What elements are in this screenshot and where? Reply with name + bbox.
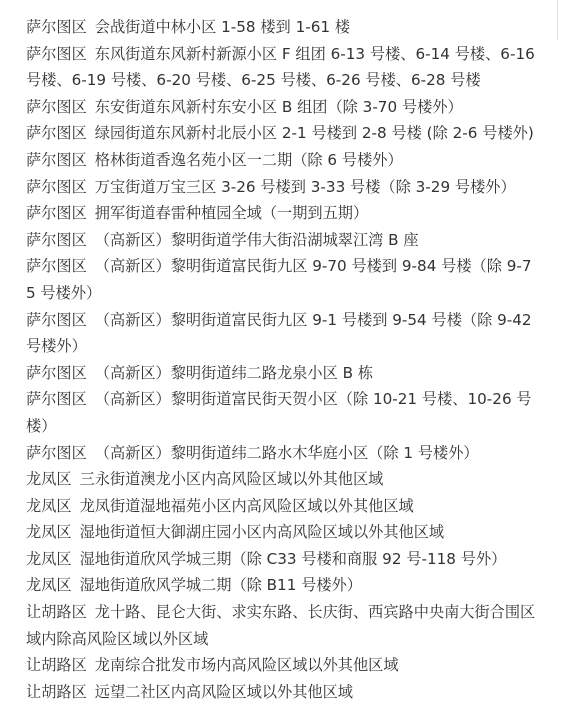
location-text: 三永街道澳龙小区内高风险区域以外其他区域 — [80, 470, 384, 488]
list-item: 萨尔图区东安街道东风新村东安小区 B 组团（除 3-70 号楼外） — [26, 94, 538, 121]
location-text: 湿地街道恒大御湖庄园小区内高风险区域以外其他区域 — [80, 523, 445, 541]
district-name: 萨尔图区 — [26, 231, 87, 249]
list-item: 萨尔图区（高新区）黎明街道富民街九区 9-1 号楼到 9-54 号楼（除 9-4… — [26, 307, 538, 360]
list-item: 让胡路区龙南综合批发市场内高风险区域以外其他区域 — [26, 652, 538, 679]
location-text: （高新区）黎明街道富民街天贺小区（除 10-21 号楼、10-26 号楼） — [26, 390, 532, 435]
location-text: 万宝街道万宝三区 3-26 号楼到 3-33 号楼（除 3-29 号楼外） — [95, 178, 516, 196]
list-item: 龙凤区湿地街道恒大御湖庄园小区内高风险区域以外其他区域 — [26, 519, 538, 546]
list-item: 萨尔图区格林街道香逸名苑小区一二期（除 6 号楼外） — [26, 147, 538, 174]
frame-edge — [557, 0, 559, 40]
list-item: 萨尔图区万宝街道万宝三区 3-26 号楼到 3-33 号楼（除 3-29 号楼外… — [26, 174, 538, 201]
list-item: 萨尔图区（高新区）黎明街道富民街天贺小区（除 10-21 号楼、10-26 号楼… — [26, 386, 538, 439]
district-name: 萨尔图区 — [26, 98, 87, 116]
location-text: 会战街道中林小区 1-58 楼到 1-61 楼 — [95, 18, 350, 36]
location-text: 远望二社区内高风险区域以外其他区域 — [95, 683, 353, 701]
location-text: （高新区）黎明街道富民街九区 9-70 号楼到 9-84 号楼（除 9-75 号… — [26, 257, 532, 302]
district-name: 萨尔图区 — [26, 18, 87, 36]
list-item: 萨尔图区（高新区）黎明街道纬二路水木华庭小区（除 1 号楼外） — [26, 440, 538, 467]
district-name: 龙凤区 — [26, 576, 72, 594]
list-item: 萨尔图区（高新区）黎明街道纬二路龙泉小区 B 栋 — [26, 360, 538, 387]
district-name: 萨尔图区 — [26, 311, 87, 329]
location-text: 龙十路、昆仑大街、求实东路、长庆街、西宾路中央南大街合围区域内除高风险区域以外区… — [26, 603, 535, 648]
district-name: 龙凤区 — [26, 550, 72, 568]
list-item: 让胡路区龙十路、昆仑大街、求实东路、长庆街、西宾路中央南大街合围区域内除高风险区… — [26, 599, 538, 652]
location-text: 拥军街道春雷种植园全域（一期到五期） — [95, 204, 368, 222]
list-item: 萨尔图区绿园街道东风新村北辰小区 2-1 号楼到 2-8 号楼 (除 2-6 号… — [26, 120, 538, 147]
district-name: 龙凤区 — [26, 470, 72, 488]
location-text: 龙南综合批发市场内高风险区域以外其他区域 — [95, 656, 399, 674]
district-name: 萨尔图区 — [26, 124, 87, 142]
location-text: 湿地街道欣风学城三期（除 C33 号楼和商服 92 号-118 号外） — [80, 550, 507, 568]
list-item: 龙凤区湿地街道欣风学城三期（除 C33 号楼和商服 92 号-118 号外） — [26, 546, 538, 573]
district-name: 萨尔图区 — [26, 45, 87, 63]
district-name: 龙凤区 — [26, 523, 72, 541]
location-text: 格林街道香逸名苑小区一二期（除 6 号楼外） — [95, 151, 403, 169]
location-text: 东安街道东风新村东安小区 B 组团（除 3-70 号楼外） — [95, 98, 463, 116]
district-name: 龙凤区 — [26, 497, 72, 515]
district-name: 萨尔图区 — [26, 364, 87, 382]
district-name: 萨尔图区 — [26, 257, 87, 275]
district-name: 萨尔图区 — [26, 390, 87, 408]
district-name: 让胡路区 — [26, 656, 87, 674]
location-text: 绿园街道东风新村北辰小区 2-1 号楼到 2-8 号楼 (除 2-6 号楼外) — [95, 124, 534, 142]
district-name: 萨尔图区 — [26, 151, 87, 169]
list-item: 萨尔图区拥军街道春雷种植园全域（一期到五期） — [26, 200, 538, 227]
district-name: 萨尔图区 — [26, 204, 87, 222]
list-item: 萨尔图区会战街道中林小区 1-58 楼到 1-61 楼 — [26, 14, 538, 41]
district-name: 萨尔图区 — [26, 444, 87, 462]
location-text: （高新区）黎明街道富民街九区 9-1 号楼到 9-54 号楼（除 9-42 号楼… — [26, 311, 532, 356]
risk-area-list: 萨尔图区会战街道中林小区 1-58 楼到 1-61 楼 萨尔图区东风街道东风新村… — [26, 14, 538, 705]
location-text: （高新区）黎明街道纬二路水木华庭小区（除 1 号楼外） — [95, 444, 479, 462]
location-text: 东风街道东风新村新源小区 F 组团 6-13 号楼、6-14 号楼、6-16 号… — [26, 45, 535, 90]
list-item: 萨尔图区东风街道东风新村新源小区 F 组团 6-13 号楼、6-14 号楼、6-… — [26, 41, 538, 94]
location-text: （高新区）黎明街道纬二路龙泉小区 B 栋 — [95, 364, 373, 382]
district-name: 萨尔图区 — [26, 178, 87, 196]
list-item: 萨尔图区（高新区）黎明街道学伟大街沿湖城翠江湾 B 座 — [26, 227, 538, 254]
list-item: 让胡路区远望二社区内高风险区域以外其他区域 — [26, 679, 538, 706]
list-item: 龙凤区龙凤街道湿地福苑小区内高风险区域以外其他区域 — [26, 493, 538, 520]
district-name: 让胡路区 — [26, 683, 87, 701]
location-text: （高新区）黎明街道学伟大街沿湖城翠江湾 B 座 — [95, 231, 419, 249]
list-item: 萨尔图区（高新区）黎明街道富民街九区 9-70 号楼到 9-84 号楼（除 9-… — [26, 253, 538, 306]
district-name: 让胡路区 — [26, 603, 87, 621]
list-item: 龙凤区三永街道澳龙小区内高风险区域以外其他区域 — [26, 466, 538, 493]
list-item: 龙凤区湿地街道欣风学城二期（除 B11 号楼外） — [26, 572, 538, 599]
location-text: 湿地街道欣风学城二期（除 B11 号楼外） — [80, 576, 362, 594]
location-text: 龙凤街道湿地福苑小区内高风险区域以外其他区域 — [80, 497, 414, 515]
